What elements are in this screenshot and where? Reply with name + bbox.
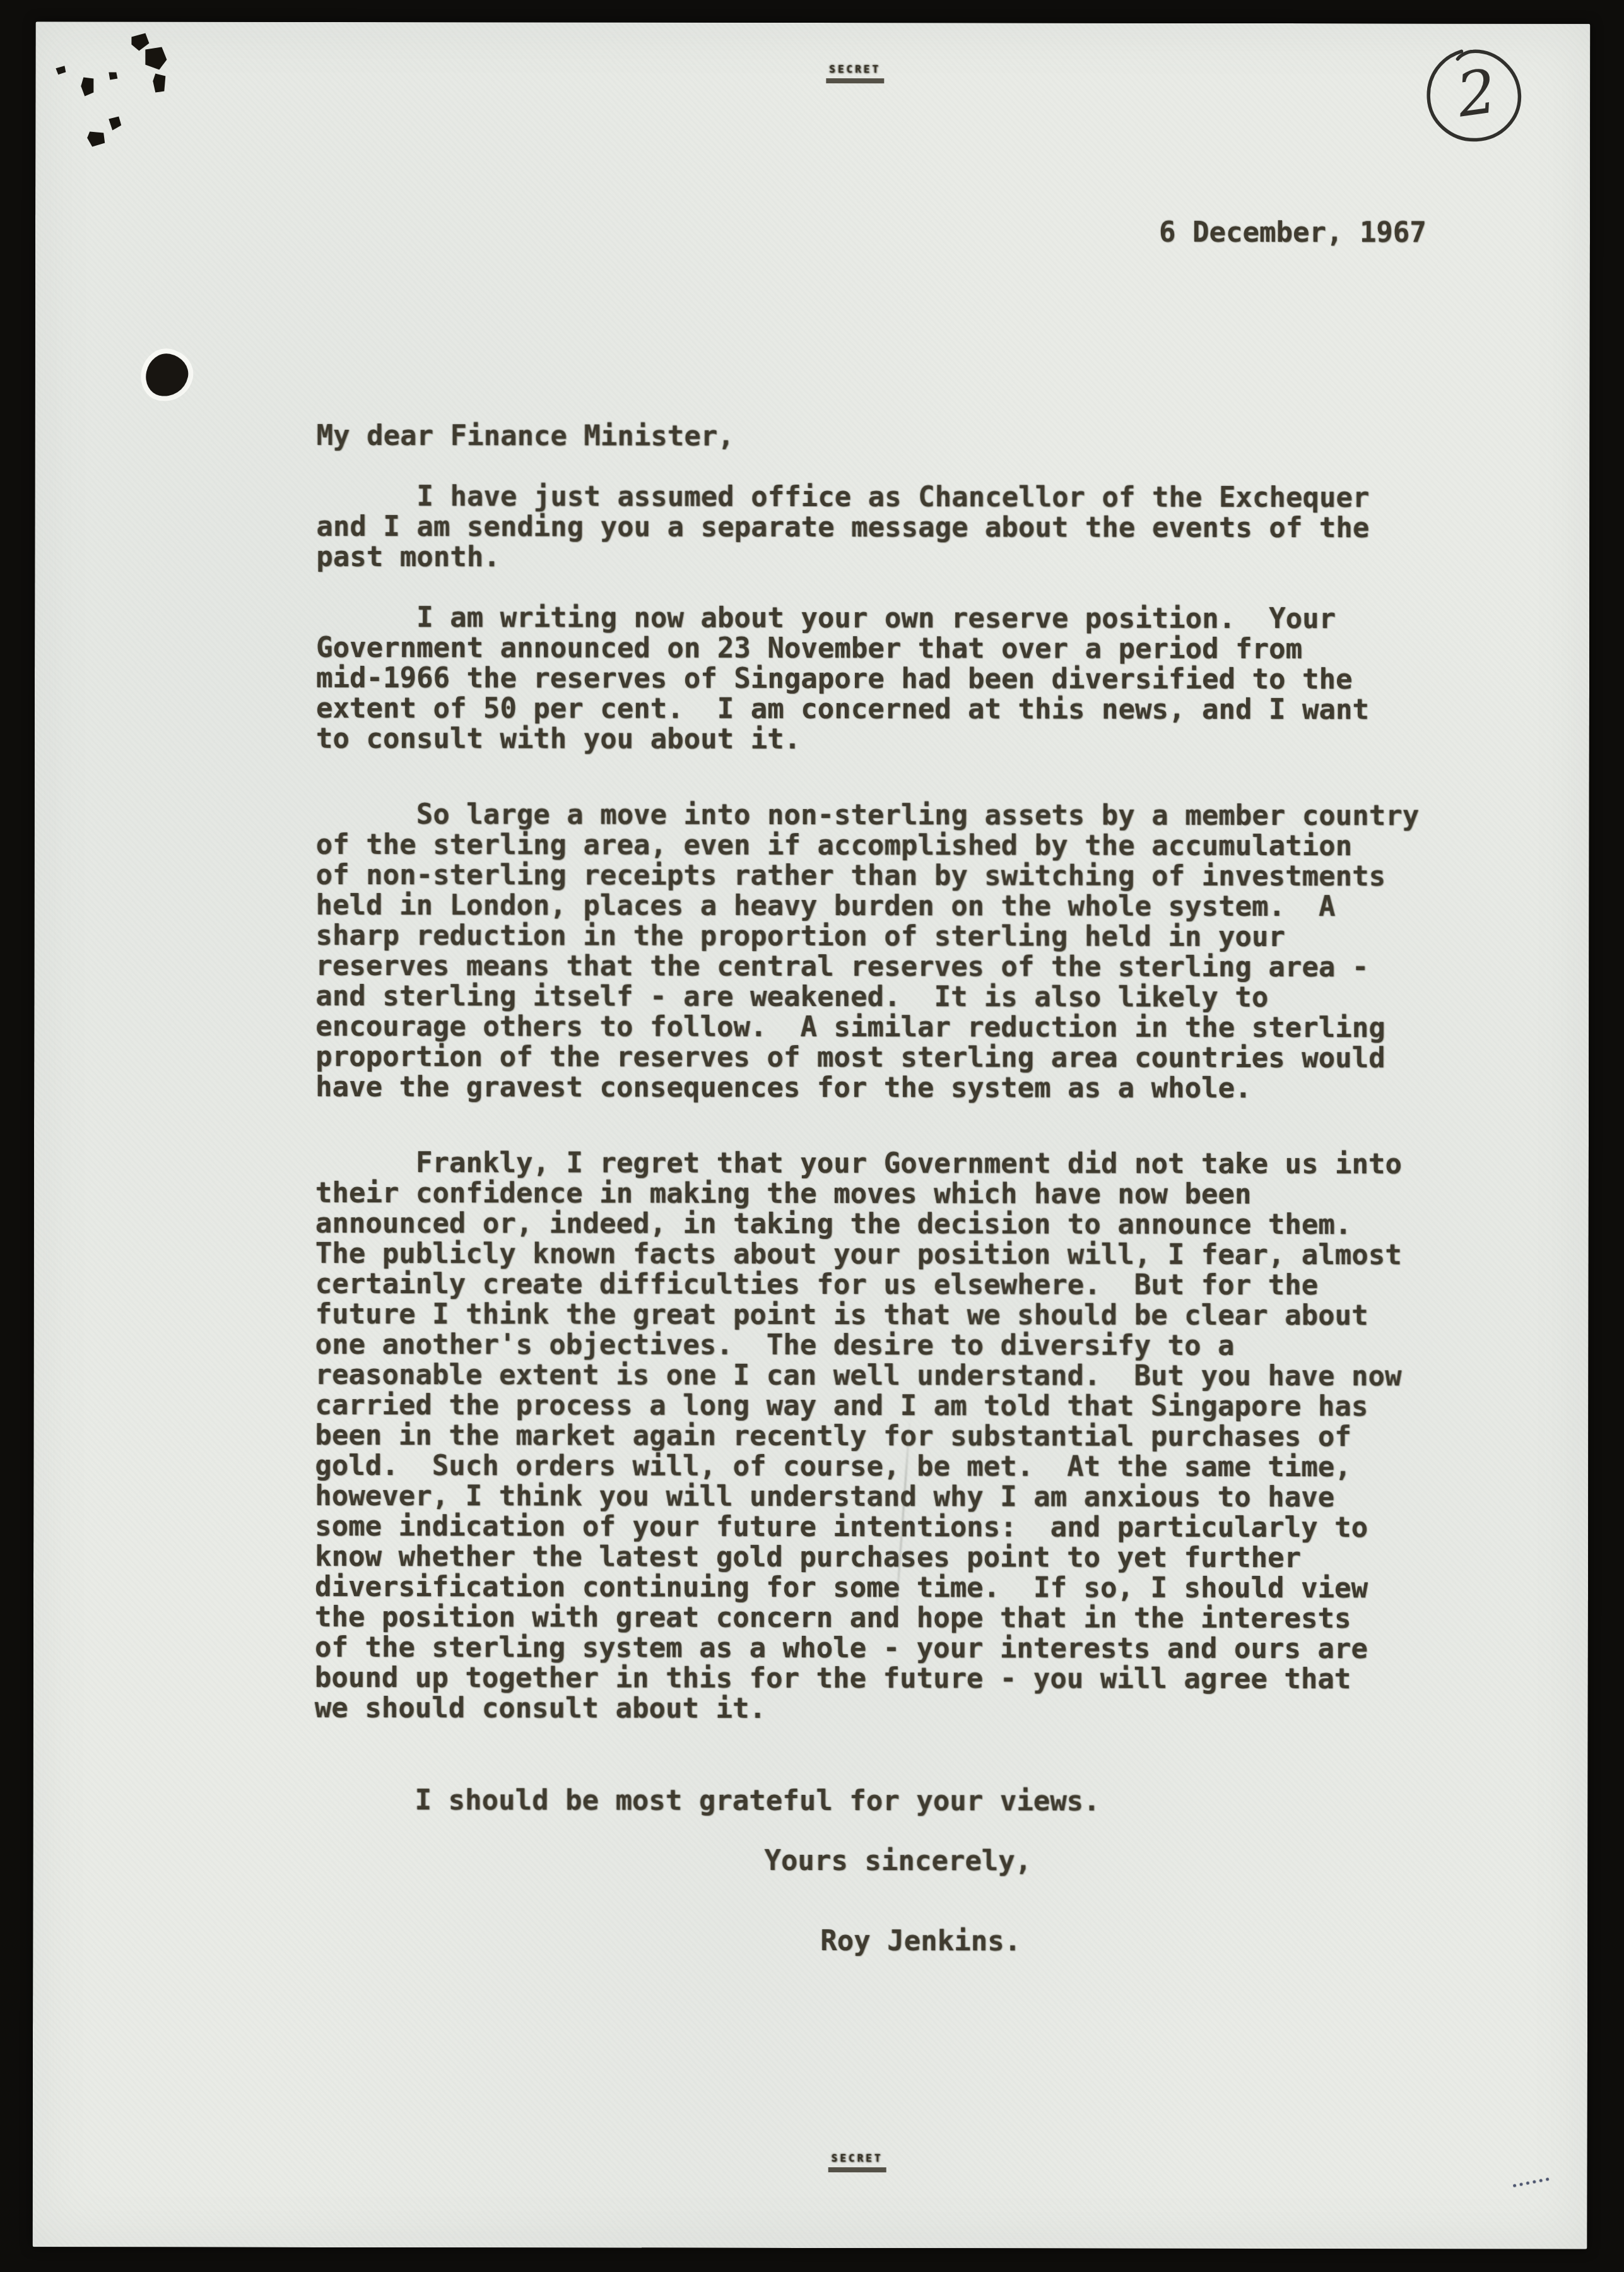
- paragraph-4: Frankly, I regret that your Government d…: [315, 1148, 1402, 1725]
- paragraph-1: I have just assumed office as Chancellor…: [316, 482, 1369, 574]
- letter-page: SECRET 2 6 December, 1967 My dear Financ…: [33, 21, 1591, 2249]
- paragraph-3: So large a move into non-sterling assets…: [315, 800, 1419, 1104]
- closing-line: I should be most grateful for your views…: [314, 1785, 1100, 1817]
- hole-punch-mark: [142, 350, 192, 400]
- page-number: 2: [1452, 56, 1500, 131]
- staple-tear-marks: [39, 24, 203, 182]
- classification-footer: SECRET: [828, 2152, 886, 2172]
- pen-dotted-mark: [1513, 2177, 1550, 2187]
- salutation: My dear Finance Minister,: [317, 421, 734, 452]
- secret-stamp-bottom: SECRET: [828, 2152, 886, 2172]
- secret-stamp-top: SECRET: [826, 63, 884, 83]
- classification-header: SECRET: [826, 63, 884, 83]
- scanned-letter-background: SECRET 2 6 December, 1967 My dear Financ…: [0, 0, 1624, 2272]
- letter-date: 6 December, 1967: [1159, 218, 1427, 249]
- page-number-circle-icon: 2: [1422, 44, 1526, 147]
- valediction: Yours sincerely,: [764, 1846, 1032, 1877]
- signature-name: Roy Jenkins.: [820, 1926, 1021, 1956]
- paragraph-2: I am writing now about your own reserve …: [316, 603, 1369, 755]
